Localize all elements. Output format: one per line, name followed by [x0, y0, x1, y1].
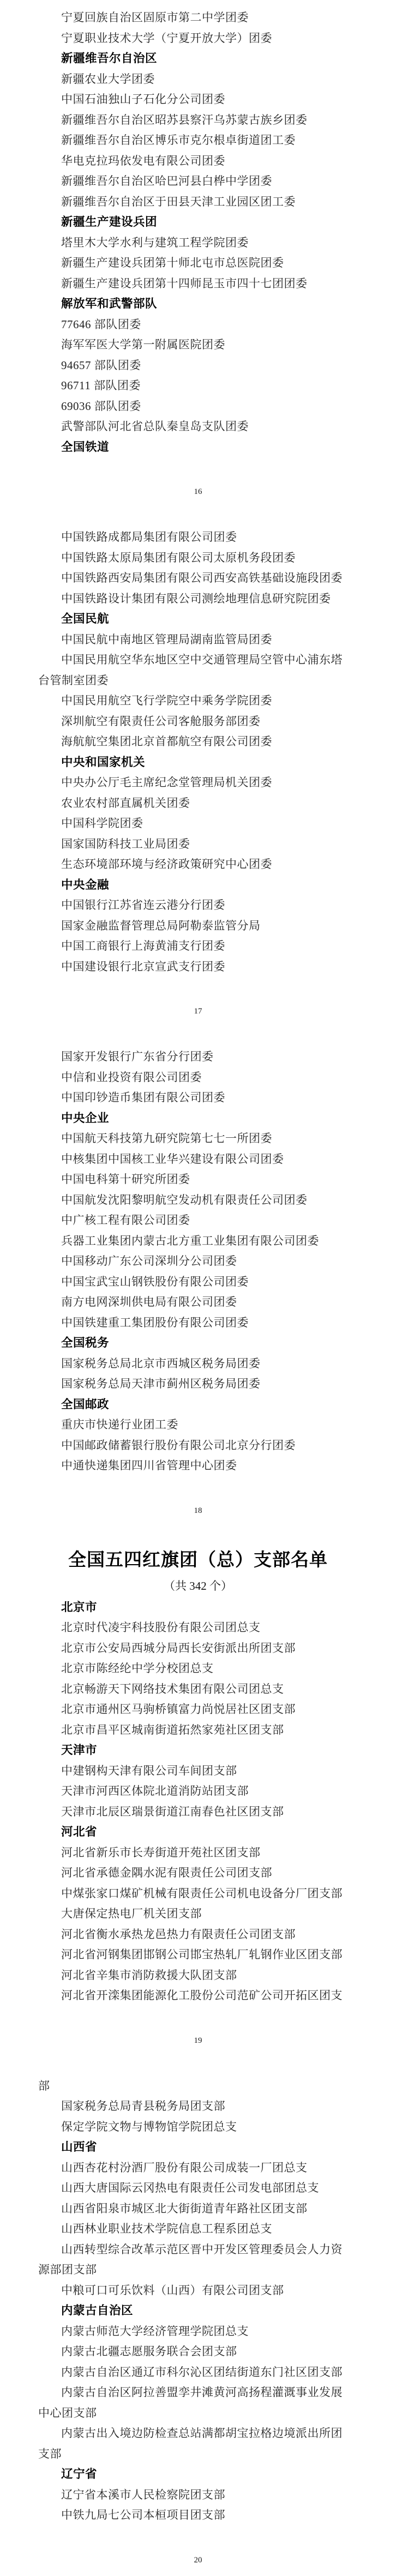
- list-item: 农业农村部直属机关团委: [0, 793, 396, 814]
- list-item-continuation: 支部: [0, 2444, 396, 2465]
- list-item: 中国移动广东公司深圳分公司团委: [0, 1251, 396, 1272]
- list-item: 山西杏花村汾酒厂股份有限公司成装一厂团总支: [0, 2158, 396, 2179]
- list-item: 69036 部队团委: [0, 396, 396, 417]
- list-item-continuation: 源部团支部: [0, 2260, 396, 2281]
- section-heading: 全国民航: [0, 609, 396, 630]
- list-item: 中国电科第十研究所团委: [0, 1169, 396, 1190]
- list-item: 中国铁路设计集团有限公司测绘地理信息研究院团委: [0, 589, 396, 610]
- list-item: 兵器工业集团内蒙古北方重工业集团有限公司团委: [0, 1231, 396, 1252]
- list-item: 77646 部队团委: [0, 315, 396, 335]
- list-item-continuation: 台管制室团委: [0, 671, 396, 691]
- section-heading: 新疆生产建设兵团: [0, 212, 396, 233]
- list-item: 内蒙古出入境边防检查总站满都胡宝拉格边境派出所团: [0, 2423, 396, 2444]
- page-number: 17: [0, 1003, 396, 1019]
- page-number: 18: [0, 1503, 396, 1519]
- list-item: 中央办公厅毛主席纪念堂管理局机关团委: [0, 773, 396, 793]
- list-item: 96711 部队团委: [0, 376, 396, 396]
- list-item: 中国航天科技第九研究院第七七一所团委: [0, 1129, 396, 1149]
- list-item: 中国宝武宝山钢铁股份有限公司团委: [0, 1272, 396, 1293]
- list-item: 大唐保定热电厂机关团支部: [0, 1904, 396, 1925]
- list-item: 中核集团中国核工业华兴建设有限公司团委: [0, 1149, 396, 1170]
- list-item: 中国民用航空飞行学院空中乘务学院团委: [0, 691, 396, 711]
- section-heading: 中央金融: [0, 875, 396, 896]
- list-item: 河北省河钢集团邯钢公司邯宝热轧厂轧钢作业区团支部: [0, 1945, 396, 1965]
- document-page: 宁夏回族自治区固原市第二中学团委宁夏职业技术大学（宁夏开放大学）团委新疆维吾尔自…: [0, 0, 396, 2576]
- page-subtitle: （共 342 个）: [0, 1574, 396, 1597]
- list-item: 内蒙古师范大学经济管理学院团总支: [0, 2321, 396, 2342]
- list-item: 内蒙古北疆志愿服务联合会团支部: [0, 2342, 396, 2362]
- list-item: 山西大唐国际云冈热电有限责任公司发电部团总支: [0, 2178, 396, 2199]
- list-item: 北京市昌平区城南街道拓然家苑社区团支部: [0, 1720, 396, 1741]
- section-heading: 山西省: [0, 2137, 396, 2158]
- list-item: 新疆生产建设兵团第十师北屯市总医院团委: [0, 253, 396, 274]
- list-item: 国家国防科技工业局团委: [0, 834, 396, 855]
- page-break: 19: [0, 2006, 396, 2076]
- section-heading: 全国邮政: [0, 1395, 396, 1415]
- list-item: 94657 部队团委: [0, 355, 396, 376]
- section-heading: 解放军和武警部队: [0, 294, 396, 315]
- section-heading: 新疆维吾尔自治区: [0, 49, 396, 69]
- list-item: 中国建设银行北京宣武支行团委: [0, 957, 396, 978]
- list-item-continuation: 部: [0, 2076, 396, 2097]
- page-break: 17: [0, 977, 396, 1047]
- section-heading: 内蒙古自治区: [0, 2301, 396, 2321]
- list-item: 河北省新乐市长寿街道开苑社区团支部: [0, 1843, 396, 1863]
- list-item: 中信和业投资有限公司团委: [0, 1067, 396, 1088]
- list-item: 新疆生产建设兵团第十四师昆玉市四十七团团委: [0, 274, 396, 294]
- section-heading: 河北省: [0, 1822, 396, 1843]
- list-item: 北京市陈经纶中学分校团总支: [0, 1658, 396, 1679]
- page-number: 19: [0, 2032, 396, 2049]
- list-item: 北京时代凌宇科技股份有限公司团总支: [0, 1618, 396, 1638]
- page-break: 20: [0, 2526, 396, 2568]
- list-item: 山西省阳泉市城区北大街街道青年路社区团支部: [0, 2199, 396, 2219]
- list-item: 海军军医大学第一附属医院团委: [0, 335, 396, 355]
- list-item: 华电克拉玛依发电有限公司团委: [0, 151, 396, 172]
- list-item: 新疆维吾尔自治区哈巴河县白桦中学团委: [0, 171, 396, 192]
- list-item: 保定学院文物与博物馆学院团总支: [0, 2117, 396, 2138]
- list-item: 国家税务总局天津市蓟州区税务局团委: [0, 1374, 396, 1395]
- page-break: 16: [0, 457, 396, 527]
- list-item: 辽宁省本溪市人民检察院团支部: [0, 2485, 396, 2506]
- list-item: 中国航发沈阳黎明航空发动机有限责任公司团委: [0, 1190, 396, 1211]
- list-item: 新疆农业大学团委: [0, 69, 396, 90]
- page-number: 20: [0, 2552, 396, 2568]
- list-item: 中国印钞造币集团有限公司团委: [0, 1088, 396, 1108]
- list-item: 新疆维吾尔自治区于田县天津工业园区团工委: [0, 192, 396, 213]
- list-item: 南方电网深圳供电局有限公司团委: [0, 1292, 396, 1313]
- list-item: 国家金融监督管理总局阿勒泰监管分局: [0, 916, 396, 937]
- list-item: 中国工商银行上海黄浦支行团委: [0, 936, 396, 957]
- list-item: 中国铁路太原局集团有限公司太原机务段团委: [0, 548, 396, 569]
- list-item: 中国石油独山子石化分公司团委: [0, 89, 396, 110]
- list-item: 天津市北辰区瑞景街道江南春色社区团支部: [0, 1802, 396, 1823]
- page-title: 全国五四红旗团（总）支部名单: [0, 1546, 396, 1574]
- list-item: 中国邮政储蓄银行股份有限公司北京分行团委: [0, 1435, 396, 1456]
- list-item: 河北省承德金隅水泥有限责任公司团支部: [0, 1863, 396, 1884]
- list-item: 塔里木大学水利与建筑工程学院团委: [0, 233, 396, 254]
- list-item: 中国民用航空华东地区空中交通管理局空管中心浦东塔: [0, 650, 396, 671]
- list-item: 河北省衡水承热龙邑热力有限责任公司团支部: [0, 1925, 396, 1945]
- list-item: 国家开发银行广东省分行团委: [0, 1047, 396, 1067]
- section-heading: 中央企业: [0, 1108, 396, 1129]
- list-item: 宁夏职业技术大学（宁夏开放大学）团委: [0, 28, 396, 49]
- list-item: 宁夏回族自治区固原市第二中学团委: [0, 8, 396, 28]
- list-item: 中广核工程有限公司团委: [0, 1210, 396, 1231]
- list-item-continuation: 中心团支部: [0, 2403, 396, 2424]
- list-item: 河北省辛集市消防救援大队团支部: [0, 1965, 396, 1986]
- list-item: 中国科学院团委: [0, 813, 396, 834]
- list-item: 北京畅游天下网络技术集团有限公司团总支: [0, 1679, 396, 1700]
- list-item: 天津市河西区体院北道消防站团支部: [0, 1781, 396, 1802]
- list-item: 北京市通州区马驹桥镇富力尚悦居社区团支部: [0, 1699, 396, 1720]
- list-item: 武警部队河北省总队秦皇岛支队团委: [0, 417, 396, 437]
- list-item: 新疆维吾尔自治区博乐市克尔根卓街道团工委: [0, 130, 396, 151]
- list-item: 中粮可口可乐饮料（山西）有限公司团支部: [0, 2281, 396, 2301]
- list-item: 北京市公安局西城分局西长安街派出所团支部: [0, 1638, 396, 1659]
- list-item: 国家税务总局青县税务局团支部: [0, 2096, 396, 2117]
- list-item: 中铁九局七公司本桓项目团支部: [0, 2505, 396, 2526]
- list-item: 深圳航空有限责任公司客舱服务部团委: [0, 711, 396, 732]
- list-item: 国家税务总局北京市西城区税务局团委: [0, 1354, 396, 1374]
- section-heading: 全国税务: [0, 1333, 396, 1354]
- section-heading: 天津市: [0, 1740, 396, 1761]
- list-item: 中通快递集团四川省管理中心团委: [0, 1456, 396, 1476]
- list-item: 内蒙古自治区阿拉善盟孪井滩黄河高扬程灌溉事业发展: [0, 2382, 396, 2403]
- list-item: 中国民航中南地区管理局湖南监管局团委: [0, 630, 396, 650]
- list-item: 中国铁路成都局集团有限公司团委: [0, 527, 396, 548]
- list-item: 山西转型综合改革示范区晋中开发区管理委员会人力资: [0, 2240, 396, 2260]
- list-item: 内蒙古自治区通辽市科尔沁区团结街道东门社区团支部: [0, 2362, 396, 2383]
- list-item: 重庆市快递行业团工委: [0, 1415, 396, 1435]
- list-item: 生态环境部环境与经济政策研究中心团委: [0, 854, 396, 875]
- page-number: 16: [0, 484, 396, 500]
- section-heading: 全国铁道: [0, 437, 396, 458]
- list-item: 中煤张家口煤矿机械有限责任公司机电设备分厂团支部: [0, 1884, 396, 1904]
- list-item: 中国铁路西安局集团有限公司西安高铁基础设施段团委: [0, 568, 396, 589]
- list-item: 中建钢构天津有限公司车间团支部: [0, 1761, 396, 1782]
- list-item: 中国银行江苏省连云港分行团委: [0, 895, 396, 916]
- section-heading: 辽宁省: [0, 2464, 396, 2485]
- list-item: 河北省开滦集团能源化工股份公司范矿公司开拓区团支: [0, 1986, 396, 2006]
- list-item: 新疆维吾尔自治区昭苏县察汗乌苏蒙古族乡团委: [0, 110, 396, 131]
- list-item: 中国铁建重工集团股份有限公司团委: [0, 1313, 396, 1334]
- list-item: 海航航空集团北京首都航空有限公司团委: [0, 732, 396, 752]
- section-heading: 北京市: [0, 1597, 396, 1618]
- list-item: 山西林业职业技术学院信息工程系团总支: [0, 2219, 396, 2240]
- page-break: 18: [0, 1476, 396, 1546]
- section-heading: 中央和国家机关: [0, 752, 396, 773]
